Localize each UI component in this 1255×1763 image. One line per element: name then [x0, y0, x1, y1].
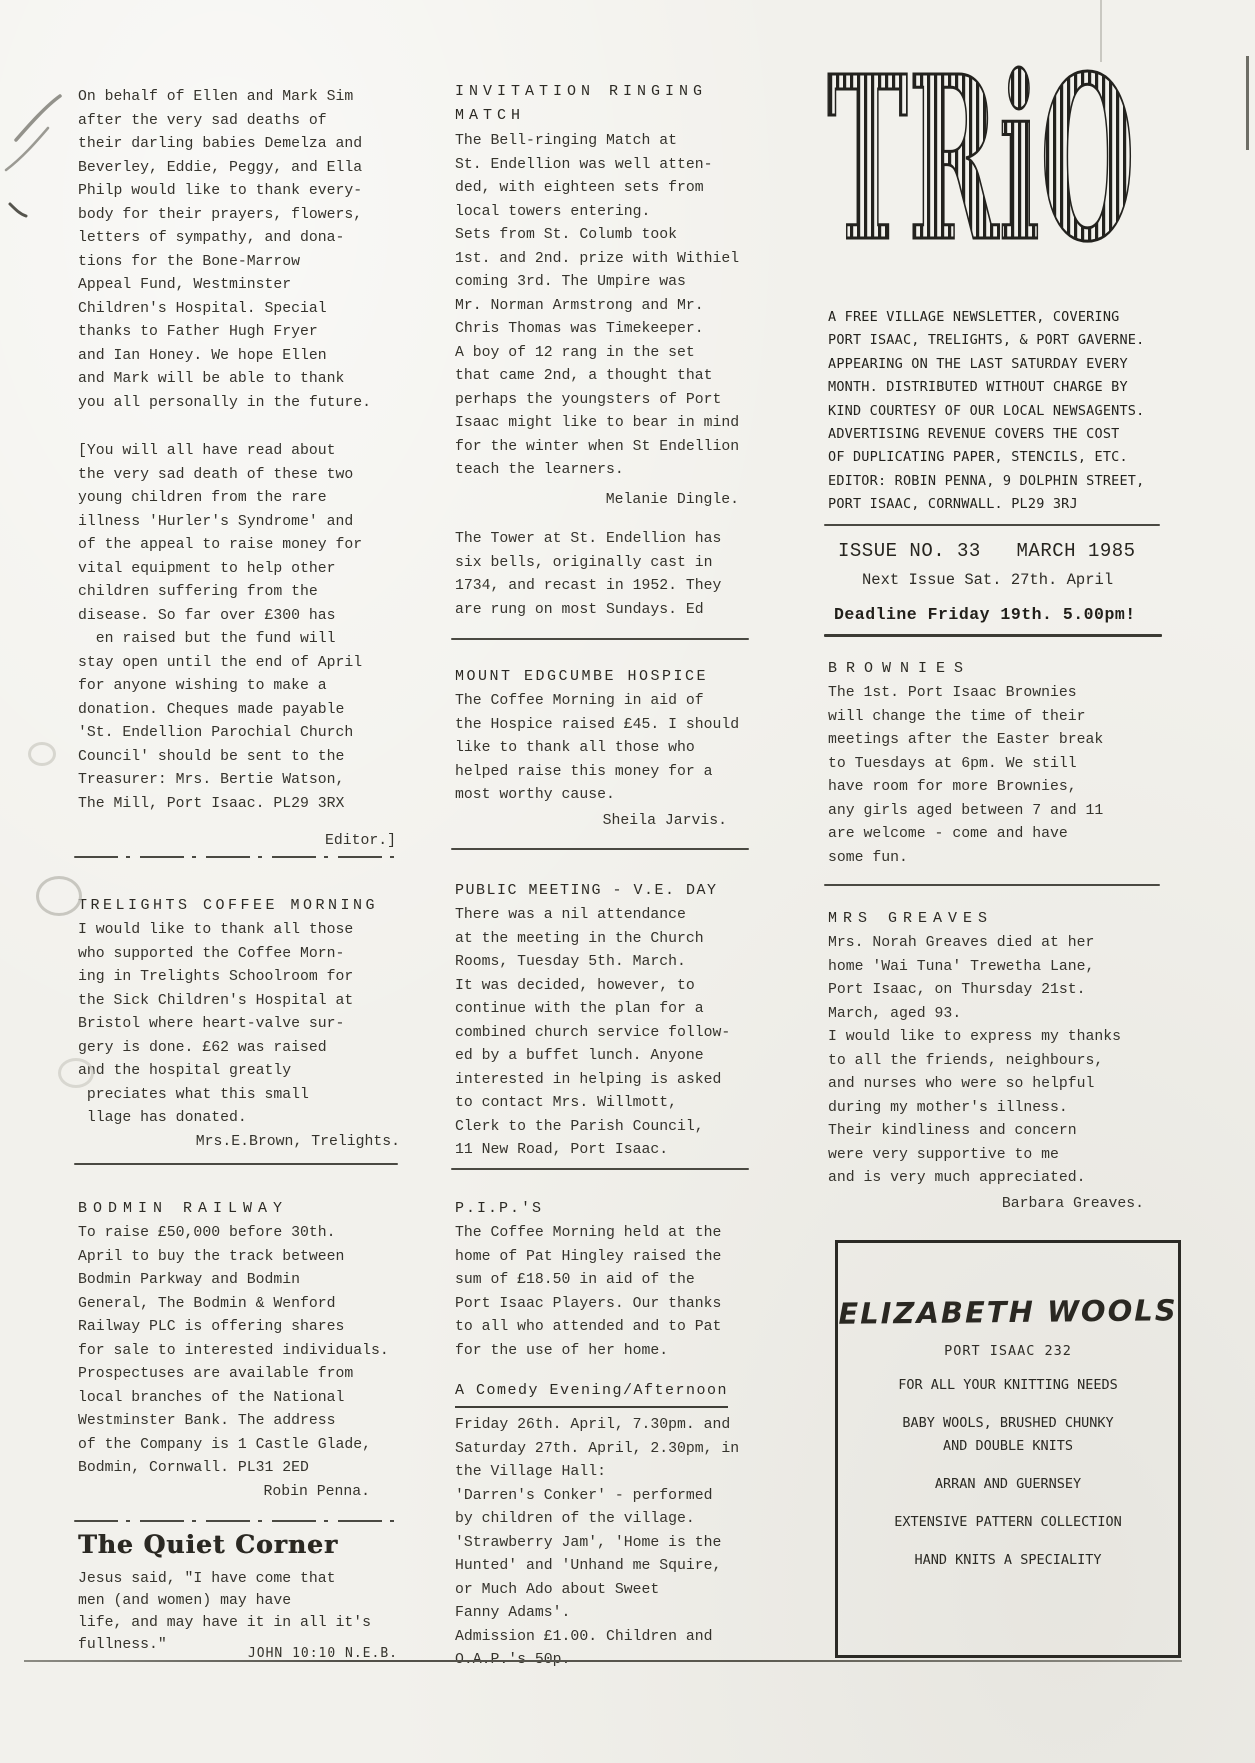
section-divider: [824, 524, 1160, 526]
trio-masthead: TRiO: [822, 62, 1140, 265]
paragraph: There was a nil attendance at the meetin…: [455, 904, 751, 1163]
advertiser-phone: PORT ISAAC 232: [838, 1343, 1178, 1359]
mrs-greaves-article: MRS GREAVES Mrs. Norah Greaves died at h…: [828, 906, 1184, 1216]
elizabeth-wools-advert: ELIZABETH WOOLS PORT ISAAC 232 FOR ALL Y…: [835, 1240, 1181, 1658]
signature: Editor.]: [78, 830, 400, 854]
paragraph: To raise £50,000 before 30th. April to b…: [78, 1222, 400, 1481]
paragraph: The Bell-ringing Match at St. Endellion …: [455, 130, 751, 483]
section-divider: [74, 1163, 398, 1165]
advert-line: ARRAN AND GUERNSEY: [838, 1473, 1178, 1496]
signature: Melanie Dingle.: [455, 489, 751, 513]
advert-line: FOR ALL YOUR KNITTING NEEDS: [838, 1374, 1178, 1397]
section-divider: [74, 856, 398, 858]
signature: Sheila Jarvis.: [455, 810, 751, 834]
paragraph: The 1st. Port Isaac Brownies will change…: [828, 682, 1184, 870]
scan-smudge-artifact: [36, 876, 82, 916]
comedy-evening-article: A Comedy Evening/Afternoon Friday 26th. …: [455, 1378, 751, 1673]
scanned-newsletter-page: { "masthead": { "logo_text": "TRiO", "ta…: [0, 0, 1255, 1763]
paragraph: The Coffee Morning in aid of the Hospice…: [455, 690, 751, 808]
signature: Mrs.E.Brown, Trelights.: [78, 1131, 400, 1155]
mount-edgcumbe-hospice-article: MOUNT EDGCUMBE HOSPICE The Coffee Mornin…: [455, 664, 751, 833]
advert-line: BABY WOOLS, BRUSHED CHUNKY AND DOUBLE KN…: [838, 1412, 1178, 1458]
paragraph: On behalf of Ellen and Mark Sim after th…: [78, 86, 400, 415]
signature: Robin Penna.: [78, 1481, 400, 1505]
section-divider: [824, 884, 1160, 886]
article-subheading: A Comedy Evening/Afternoon: [455, 1378, 728, 1408]
article-heading: TRELIGHTS COFFEE MORNING: [78, 893, 400, 919]
issue-block: ISSUE NO. 33 MARCH 1985 Next Issue Sat. …: [828, 538, 1184, 628]
advertiser-name: ELIZABETH WOOLS: [838, 1293, 1178, 1331]
newsletter-tagline: A FREE VILLAGE NEWSLETTER, COVERING PORT…: [828, 306, 1184, 517]
signature: Barbara Greaves.: [828, 1193, 1184, 1217]
section-divider: [451, 1168, 749, 1170]
section-divider: [74, 1520, 398, 1522]
next-issue-date: Next Issue Sat. 27th. April: [828, 568, 1184, 592]
article-heading: BODMIN RAILWAY: [78, 1196, 400, 1222]
article-heading: P.I.P.'S: [455, 1196, 751, 1222]
advert-line: EXTENSIVE PATTERN COLLECTION: [838, 1511, 1178, 1534]
section-divider: [824, 634, 1162, 637]
pen-mark-artifact: [2, 72, 82, 232]
invitation-ringing-match-article: INVITATION RINGING MATCH The Bell-ringin…: [455, 80, 751, 512]
issue-number: ISSUE NO. 33 MARCH 1985: [828, 538, 1184, 564]
article-heading: The Quiet Corner: [78, 1530, 400, 1560]
right-column: TRiO A FREE VILLAGE NEWSLETTER, COVERING…: [828, 0, 1184, 1763]
quiet-corner-article: The Quiet Corner Jesus said, "I have com…: [78, 1530, 400, 1666]
advert-line: HAND KNITS A SPECIALITY: [838, 1549, 1178, 1572]
logo-text: TRiO: [827, 62, 1135, 260]
paragraph: The Coffee Morning held at the home of P…: [455, 1222, 751, 1363]
editor-note: [You will all have read about the very s…: [78, 440, 400, 854]
deadline-notice: Deadline Friday 19th. 5.00pm!: [828, 602, 1184, 628]
article-heading: PUBLIC MEETING - V.E. DAY: [455, 878, 751, 904]
section-divider: [451, 638, 749, 640]
brownies-article: BROWNIES The 1st. Port Isaac Brownies wi…: [828, 656, 1184, 870]
paragraph: I would like to thank all those who supp…: [78, 919, 400, 1131]
pips-article: P.I.P.'S The Coffee Morning held at the …: [455, 1196, 751, 1363]
paragraph: Mrs. Norah Greaves died at her home 'Wai…: [828, 932, 1184, 1191]
bodmin-railway-article: BODMIN RAILWAY To raise £50,000 before 3…: [78, 1196, 400, 1504]
paragraph: The Tower at St. Endellion has six bells…: [455, 528, 751, 622]
paragraph: Friday 26th. April, 7.30pm. and Saturday…: [455, 1414, 751, 1673]
section-divider: [451, 848, 749, 850]
article-heading: INVITATION RINGING MATCH: [455, 80, 751, 128]
public-meeting-article: PUBLIC MEETING - V.E. DAY There was a ni…: [455, 878, 751, 1163]
paragraph: [You will all have read about the very s…: [78, 440, 400, 816]
trio-logo: TRiO: [822, 62, 1140, 260]
left-column: On behalf of Ellen and Mark Sim after th…: [78, 0, 400, 1763]
thanks-notice: On behalf of Ellen and Mark Sim after th…: [78, 86, 400, 415]
scan-edge-artifact: [1246, 56, 1249, 150]
middle-column: INVITATION RINGING MATCH The Bell-ringin…: [455, 0, 751, 1763]
tower-note: The Tower at St. Endellion has six bells…: [455, 528, 751, 622]
article-heading: MOUNT EDGCUMBE HOSPICE: [455, 664, 751, 690]
article-heading: BROWNIES: [828, 656, 1184, 682]
trelights-coffee-morning-article: TRELIGHTS COFFEE MORNING I would like to…: [78, 893, 400, 1154]
article-heading: MRS GREAVES: [828, 906, 1184, 932]
scan-smudge-artifact: [28, 742, 56, 766]
